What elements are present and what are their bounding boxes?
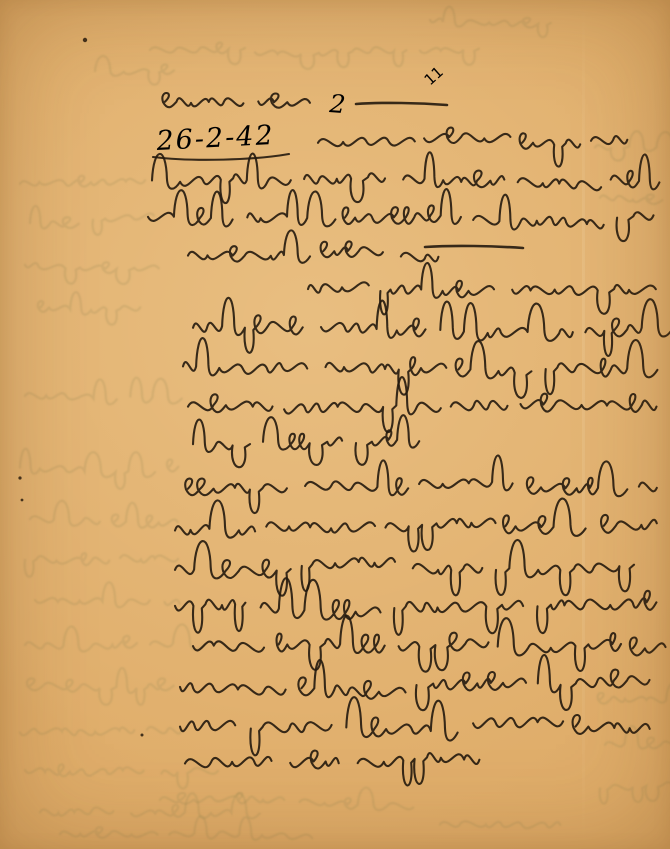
ghost-stroke: [30, 206, 154, 235]
ghost-stroke: [150, 43, 479, 69]
ghost-stroke: [25, 262, 159, 284]
ink-handwriting-layer: [18, 38, 670, 786]
ink-line-11: [185, 455, 657, 513]
ink-speck: [18, 476, 21, 479]
handwriting-svg: 2 26-2-42 11: [0, 0, 670, 849]
ghost-stroke: [95, 56, 174, 85]
heading-suzhi-mark: 2: [328, 89, 347, 119]
ghost-stroke: [430, 7, 551, 38]
ink-line-18: [185, 751, 479, 786]
ink-speck: [21, 499, 24, 502]
ink-heading-word: [162, 93, 310, 108]
ink-line-06: [308, 263, 656, 314]
scanned-letter-page: 2 26-2-42 11: [0, 0, 670, 849]
ghost-stroke: [40, 793, 260, 818]
ghost-showthrough-layer: [20, 7, 670, 840]
ink-speck: [141, 734, 144, 737]
ghost-stroke: [600, 194, 662, 203]
ink-line-02: [318, 128, 627, 167]
page-number-pencil: 11: [421, 63, 447, 89]
ghost-stroke: [600, 782, 670, 803]
ink-line-04: [148, 189, 654, 241]
ink-line-08: [183, 338, 657, 398]
ink-line-09: [188, 377, 656, 432]
ghost-stroke: [25, 378, 182, 405]
ink-line-17: [180, 697, 650, 755]
ink-speck: [83, 38, 87, 42]
ink-line-15: [193, 616, 665, 672]
ink-line-13: [175, 540, 634, 596]
ink-line-05-tail: [425, 246, 523, 248]
ghost-stroke: [30, 501, 178, 528]
ink-heading-dash: [356, 103, 447, 105]
ghost-stroke: [60, 816, 312, 840]
ghost-stroke: [38, 292, 140, 324]
ghost-stroke: [25, 764, 218, 788]
ghost-stroke: [25, 553, 178, 576]
ghost-stroke: [27, 668, 174, 705]
ink-line-05: [188, 230, 438, 262]
ghost-stroke: [20, 176, 145, 187]
ghost-stroke: [598, 683, 670, 705]
ghost-stroke: [595, 131, 670, 160]
ghost-stroke: [25, 624, 205, 651]
ink-line-14: [175, 578, 656, 635]
date-label: 26-2-42: [155, 120, 276, 157]
ink-line-12: [175, 499, 657, 552]
ghost-stroke: [20, 449, 178, 489]
ghost-stroke: [440, 821, 560, 828]
ink-line-10: [193, 415, 419, 467]
ghost-stroke: [35, 582, 180, 607]
ghost-stroke: [20, 727, 182, 735]
ink-line-16: [180, 655, 649, 710]
